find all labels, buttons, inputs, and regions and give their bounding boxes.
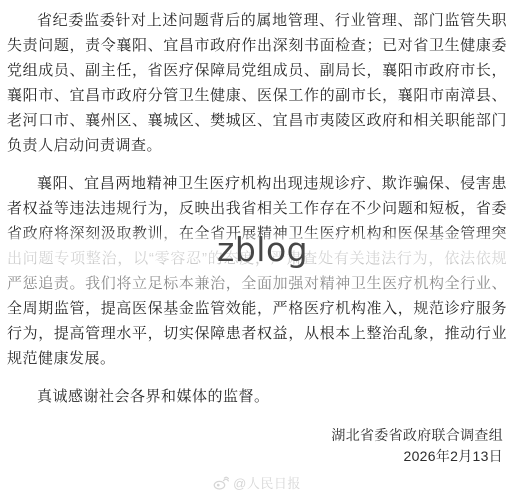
- credit-text: @人民日报: [233, 476, 301, 491]
- paragraph-accountability: 省纪委监委针对上述问题背后的属地管理、行业管理、部门监管失职失责问题，责令襄阳、…: [7, 8, 507, 158]
- paragraph-thanks: 真诚感谢社会各界和媒体的监督。: [7, 384, 507, 409]
- signature-line: 湖北省委省政府联合调查组: [7, 425, 503, 446]
- weibo-icon: [213, 476, 229, 493]
- signature-block: 湖北省委省政府联合调查组 2026年2月13日: [7, 425, 507, 467]
- date-line: 2026年2月13日: [7, 446, 503, 467]
- paragraph-rectification: 襄阳、宜昌两地精神卫生医疗机构出现违规诊疗、欺诈骗保、侵害患者权益等违法违规行为…: [7, 171, 507, 371]
- source-credit: @人民日报: [0, 476, 514, 493]
- statement-page: 省纪委监委针对上述问题背后的属地管理、行业管理、部门监管失职失责问题，责令襄阳、…: [0, 0, 514, 500]
